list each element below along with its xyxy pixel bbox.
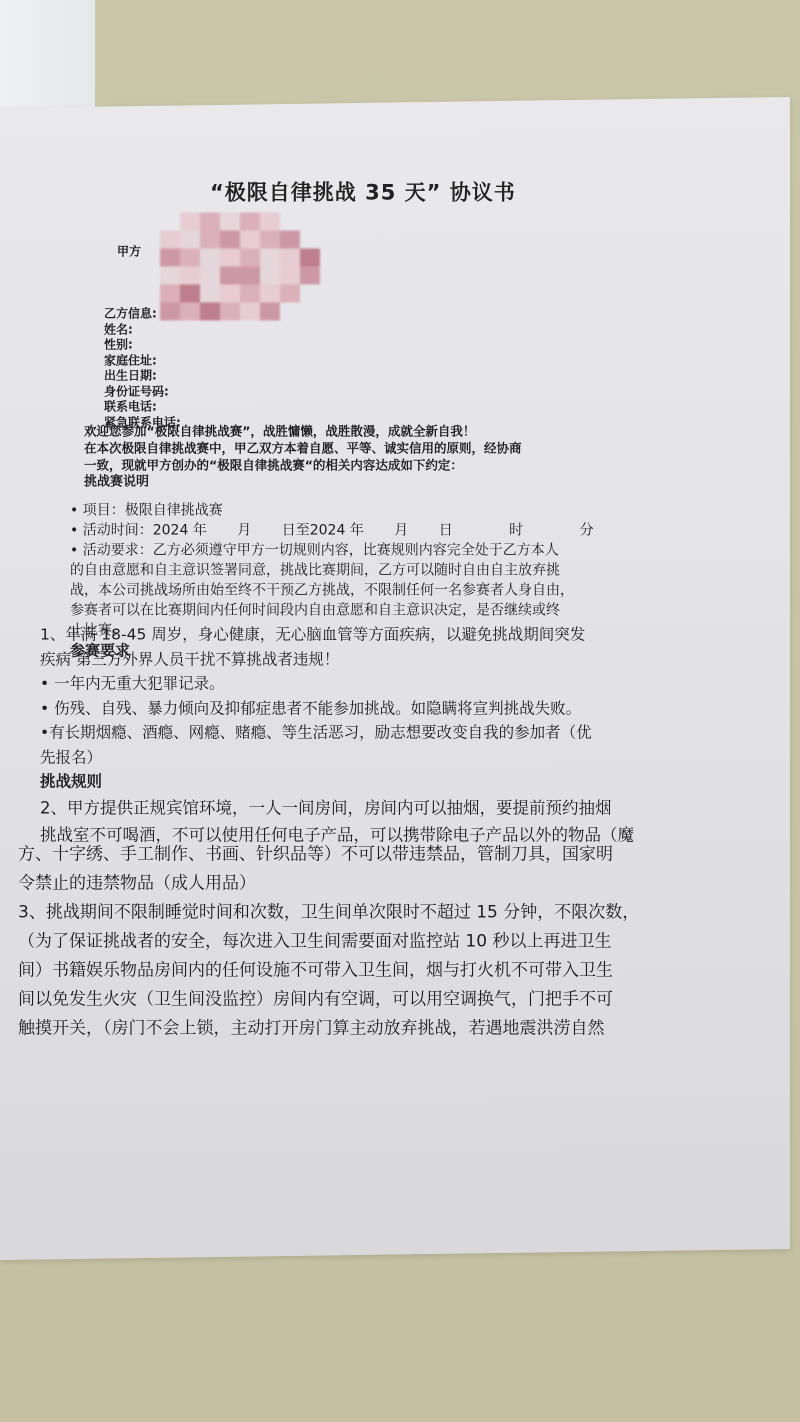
rules-line: 2、甲方提供正规宾馆环境，一人一间房间，房间内可以抽烟，要提前预约抽烟 xyxy=(40,794,800,821)
rules-line: 方、十字绣、手工制作、书画、针织品等）不可以带违禁品，管制刀具，国家明 xyxy=(18,840,798,869)
field-party-b-info: 乙方信息: xyxy=(104,306,181,322)
field-gender: 性别: xyxy=(104,337,181,353)
rules-line: 令禁止的违禁物品（成人用品） xyxy=(18,869,798,898)
requirements-line: 战，本公司挑战场所由始至终不干预乙方挑战，不限制任何一名参赛者人身自由， xyxy=(70,580,750,600)
entry-line: 疾病 第三方外界人员干扰不算挑战者违规！ xyxy=(40,647,800,672)
field-birthdate: 出生日期: xyxy=(104,368,181,384)
entry-line: • 伤残、自残、暴力倾向及抑郁症患者不能参加挑战。如隐瞒将宣判挑战失败。 xyxy=(40,696,800,721)
entry-section: 1、年满 18-45 周岁，身心健康，无心脑血管等方面疾病，以避免挑战期间突发 … xyxy=(40,622,800,848)
party-a-label: 甲方 xyxy=(117,242,141,259)
requirements-line: • 活动要求：乙方必须遵守甲方一切规则内容，比赛规则内容完全处于乙方本人 xyxy=(70,540,750,560)
entry-line: 1、年满 18-45 周岁，身心健康，无心脑血管等方面疾病，以避免挑战期间突发 xyxy=(40,622,800,647)
field-name: 姓名: xyxy=(104,322,181,338)
field-address: 家庭住址: xyxy=(104,353,181,369)
rules-line: 间）书籍娱乐物品房间内的任何设施不可带入卫生间，烟与打火机不可带入卫生 xyxy=(18,956,798,985)
requirements-line: 的自由意愿和自主意识签署同意，挑战比赛期间，乙方可以随时自由自主放弃挑 xyxy=(70,560,750,580)
rules-line: 3、挑战期间不限制睡觉时间和次数，卫生间单次限时不超过 15 分钟，不限次数， xyxy=(18,898,798,927)
entry-line: •有长期烟瘾、酒瘾、网瘾、赌瘾、等生活恶习，励志想要改变自我的参加者（优 xyxy=(40,720,800,745)
field-id-number: 身份证号码: xyxy=(104,384,181,400)
rules-line: （为了保证挑战者的安全，每次进入卫生间需要面对监控站 10 秒以上再进卫生 xyxy=(18,927,798,956)
rules-section: 方、十字绣、手工制作、书画、针织品等）不可以带违禁品，管制刀具，国家明 令禁止的… xyxy=(18,840,798,1043)
intro-line: 欢迎您参加“极限自律挑战赛”，战胜慵懒，战胜散漫，成就全新自我！ xyxy=(84,422,724,439)
intro-line: 在本次极限自律挑战赛中，甲乙双方本着自愿、平等、诚实信用的原则，经协商 xyxy=(84,439,724,456)
document-title: “极限自律挑战 35 天” 协议书 xyxy=(210,176,516,206)
intro-line: 一致，现就甲方创办的“极限自律挑战赛“的相关内容达成如下约定： xyxy=(84,456,724,473)
rules-line: 触摸开关，（房门不会上锁，主动打开房门算主动放弃挑战，若遇地震洪涝自然 xyxy=(18,1014,798,1043)
party-b-info: 乙方信息: 姓名: 性别: 家庭住址: 出生日期: 身份证号码: 联系电话: 紧… xyxy=(104,306,181,430)
redacted-mosaic xyxy=(160,212,320,322)
project-line: • 项目：极限自律挑战赛 xyxy=(70,500,750,520)
rules-line: 间以免发生火灾（卫生间没监控）房间内有空调，可以用空调换气，门把手不可 xyxy=(18,985,798,1014)
field-phone: 联系电话: xyxy=(104,399,181,415)
intro-paragraph: 欢迎您参加“极限自律挑战赛”，战胜慵懒，战胜散漫，成就全新自我！ 在本次极限自律… xyxy=(84,422,724,490)
activity-time-line: • 活动时间：2024 年 月 日至2024 年 月 日 时 分 xyxy=(70,520,750,540)
section-heading-rules: 挑战规则 xyxy=(40,769,800,794)
section-heading-description: 挑战赛说明 xyxy=(84,473,724,490)
document-page: “极限自律挑战 35 天” 协议书 甲方 乙方信息: 姓名: 性别: 家庭住址:… xyxy=(0,97,790,1260)
requirements-line: 参赛者可以在比赛期间内任何时间段内自由意愿和自主意识决定，是否继续或终 xyxy=(70,600,750,620)
entry-line: 先报名） xyxy=(40,745,800,770)
entry-line: • 一年内无重大犯罪记录。 xyxy=(40,671,800,696)
